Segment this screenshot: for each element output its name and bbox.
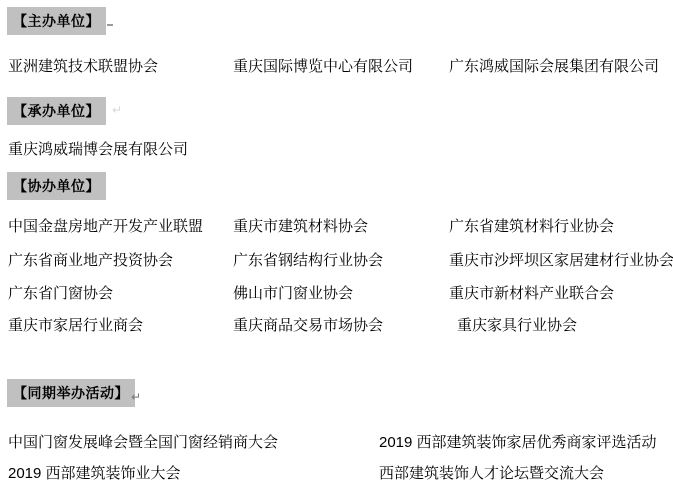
concurrent-event-name: 2019 西部建筑装饰家居优秀商家评选活动 [379,434,657,452]
co-organizer-name: 佛山市门窗业协会 [233,285,353,303]
co-organizer-name: 广东省商业地产投资协会 [8,252,173,270]
co-organizer-name: 重庆市沙坪坝区家居建材行业协会 [449,252,673,270]
organizer-org-name: 重庆鸿威瑞博会展有限公司 [8,141,188,159]
section-title-hosts: 【主办单位】 [7,7,106,35]
co-organizer-name: 广东省门窗协会 [8,285,113,303]
formatting-tick-mark [107,24,113,26]
paragraph-mark-icon: ↵ [112,104,122,116]
concurrent-event-name: 中国门窗发展峰会暨全国门窗经销商大会 [8,434,278,452]
section-title-co-organizers: 【协办单位】 [7,172,106,200]
host-org-name: 广东鸿威国际会展集团有限公司 [449,58,659,76]
co-organizer-name: 广东省建筑材料行业协会 [449,218,614,236]
co-organizer-name: 中国金盘房地产开发产业联盟 [8,218,203,236]
section-title-organizer: 【承办单位】 [7,97,106,125]
concurrent-event-name: 西部建筑装饰人才论坛暨交流大会 [379,465,604,483]
section-title-concurrent-events: 【同期举办活动】 [7,379,135,407]
paragraph-mark-icon: ↵ [131,391,141,403]
co-organizer-name: 重庆商品交易市场协会 [233,317,383,335]
host-org-name: 亚洲建筑技术联盟协会 [8,58,158,76]
host-org-name: 重庆国际博览中心有限公司 [233,58,413,76]
co-organizer-name: 重庆市建筑材料协会 [233,218,368,236]
co-organizer-name: 重庆市家居行业商会 [8,317,143,335]
co-organizer-name: 重庆家具行业协会 [457,317,577,335]
concurrent-event-name: 2019 西部建筑装饰业大会 [8,465,181,483]
document-page: 【主办单位】 亚洲建筑技术联盟协会 重庆国际博览中心有限公司 广东鸿威国际会展集… [0,0,673,491]
co-organizer-name: 广东省钢结构行业协会 [233,252,383,270]
co-organizer-name: 重庆市新材料产业联合会 [449,285,614,303]
